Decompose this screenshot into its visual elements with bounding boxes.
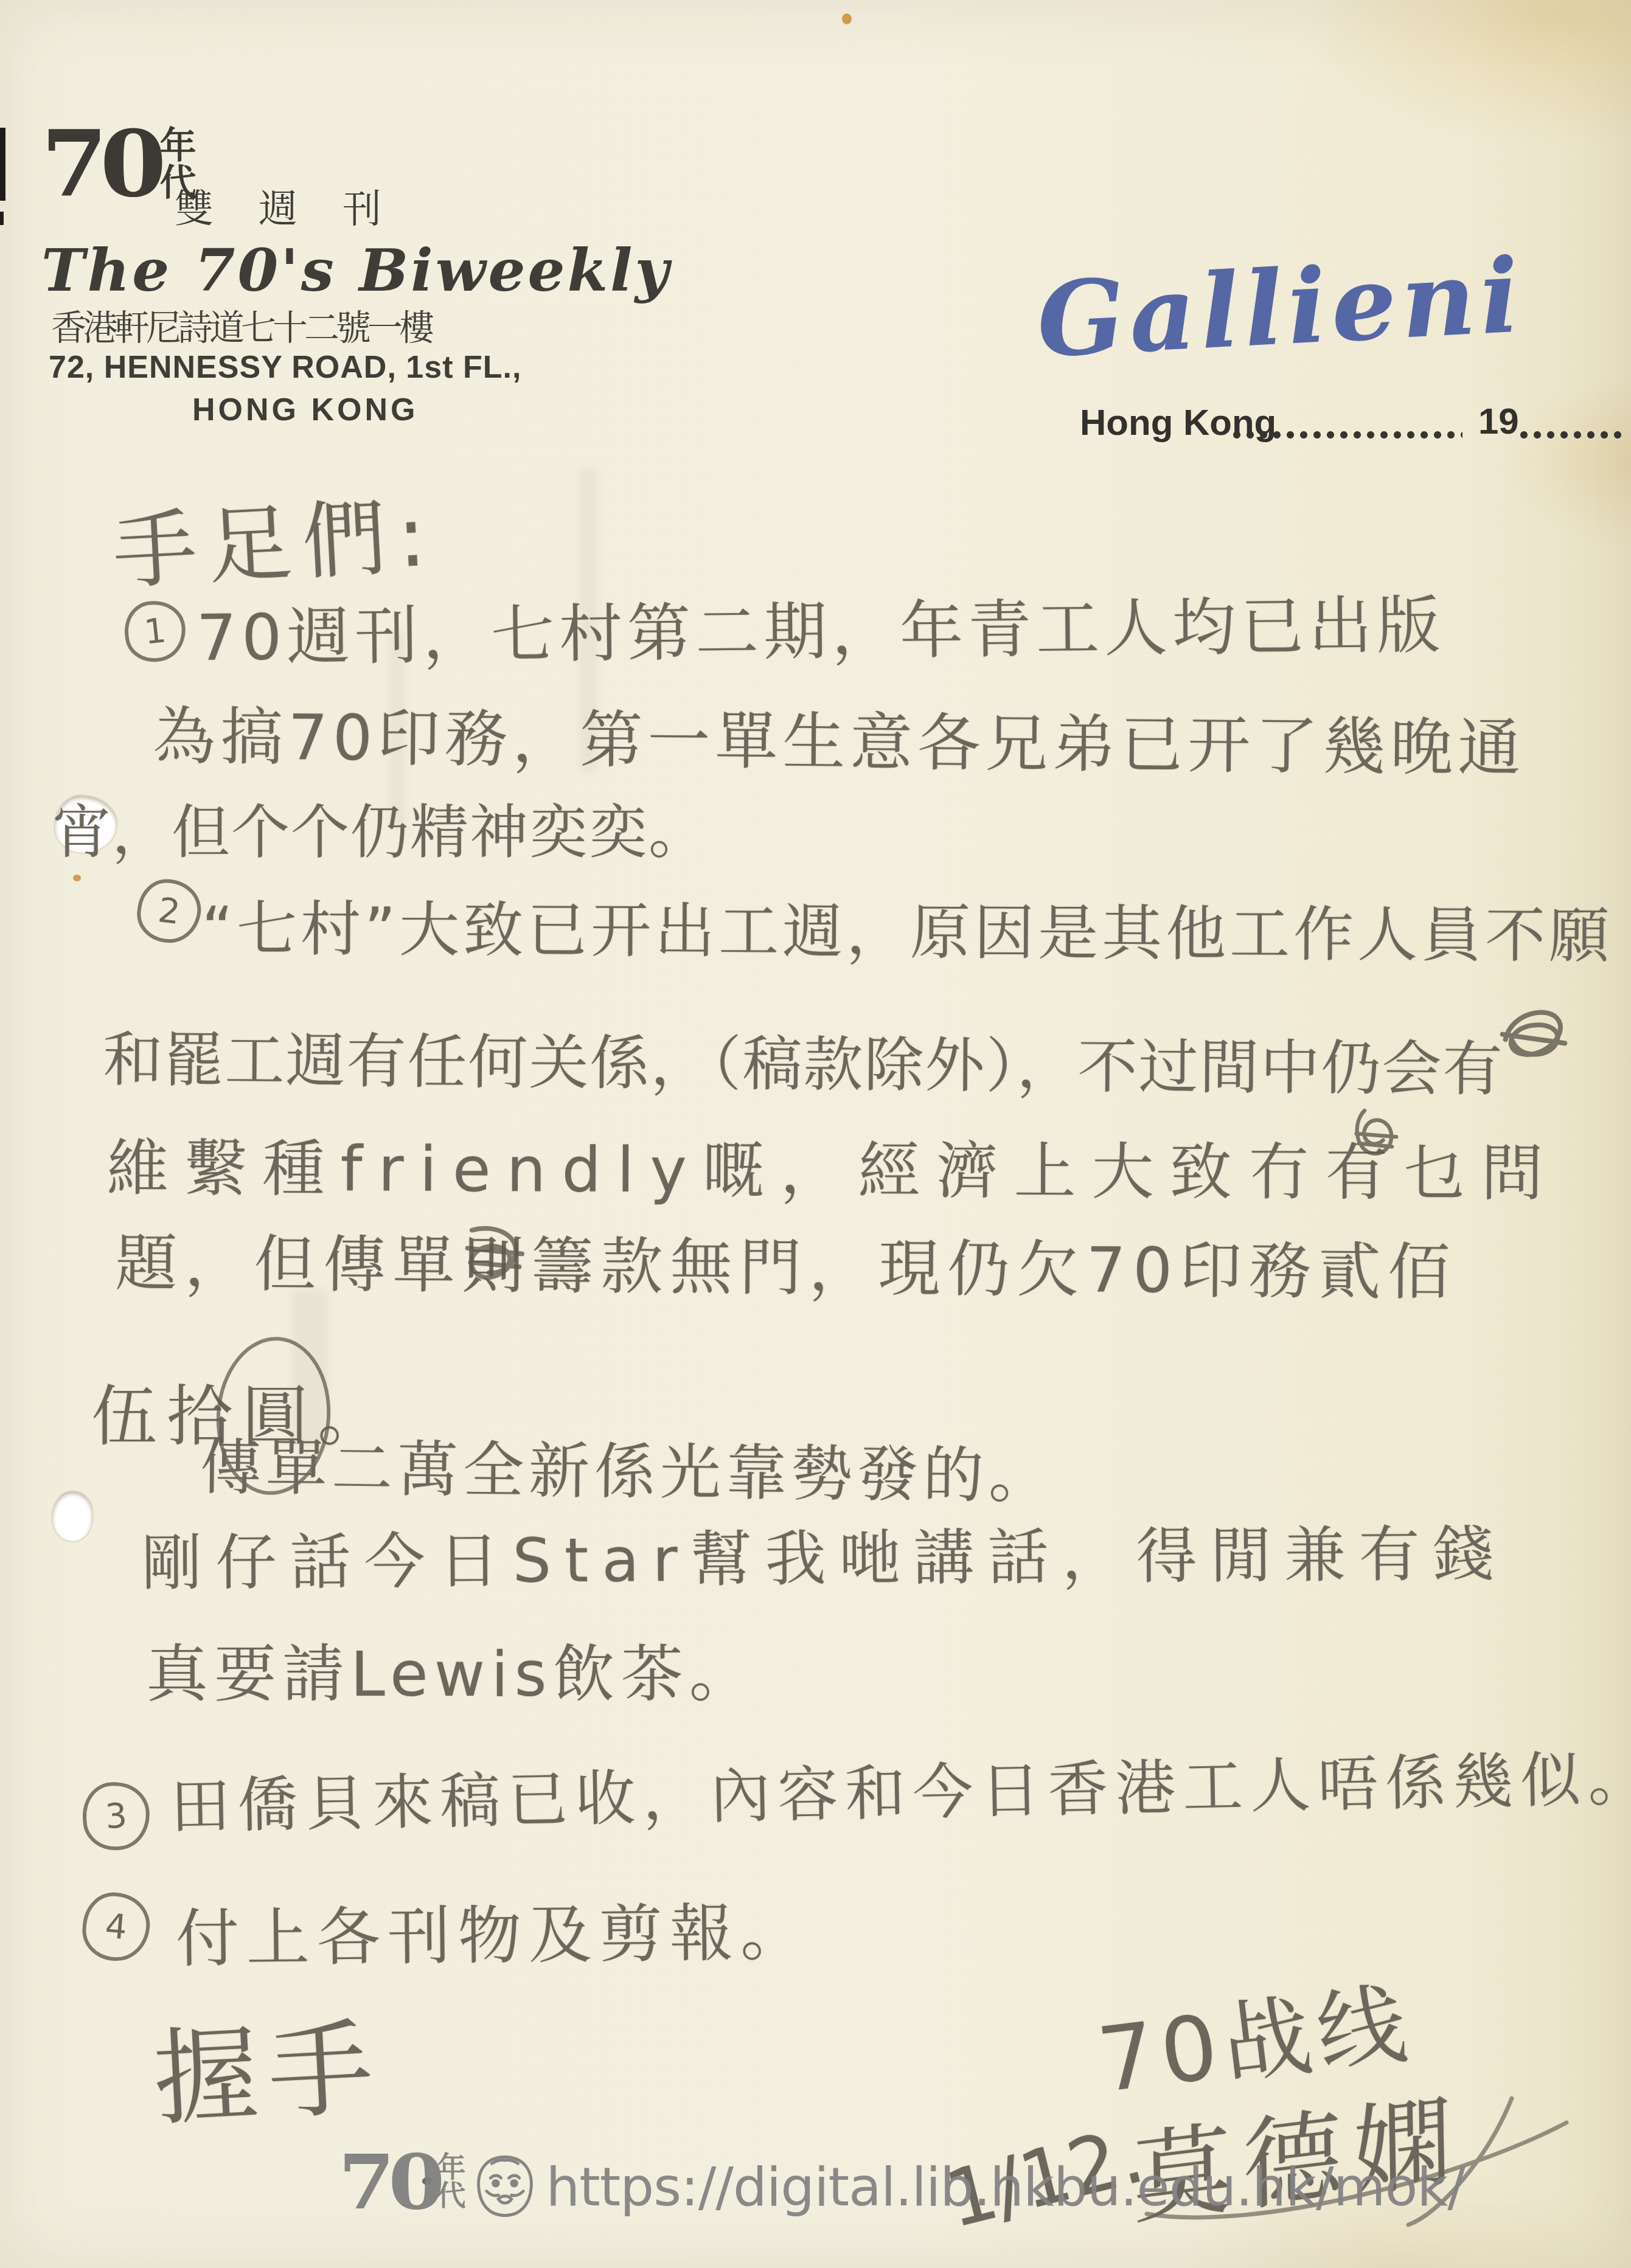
- dateline-dotted-rule: [1233, 431, 1462, 439]
- blue-ink-name-annotation: Gallieni: [1034, 235, 1527, 381]
- handwritten-line: 維繫種friendly嘅，經濟上大致冇有乜問: [106, 1119, 1559, 1213]
- letterhead-address-en: 72, HENNESSY ROAD, 1st FL.,: [49, 349, 521, 386]
- scan-edge-mark: [0, 212, 4, 225]
- item-number: 1: [142, 611, 168, 652]
- scanned-letter-page: 70 年 代 雙週刊 The 70's Biweekly 香港軒尼詩道七十二號一…: [0, 0, 1631, 2268]
- watermark-logo-char-top: 年: [437, 2153, 466, 2182]
- logo-numeral: 70: [41, 125, 159, 204]
- masthead-cjk: 雙週刊: [175, 178, 426, 234]
- paper-hole: [52, 1491, 92, 1541]
- digital-archive-watermark: 70 年 代 https://digital.lib.hkbu.edu.hk/m…: [342, 2152, 1465, 2222]
- item-number: 2: [156, 890, 182, 932]
- handwritten-line: 真要請Lewis飲茶。: [146, 1625, 757, 1714]
- stain-speck: [842, 13, 852, 24]
- handwritten-line: 傳單二萬全新係光靠勢發的。: [200, 1418, 1054, 1515]
- seventies-biweekly-logo: 70 年 代: [44, 125, 196, 204]
- watermark-url: https://digital.lib.hkbu.edu.hk/mok/: [546, 2155, 1465, 2218]
- dateline-dotted-rule: [1520, 431, 1624, 439]
- watermark-logo-cjk: 年 代: [437, 2153, 466, 2210]
- handwritten-line: 宵，但个个仍精神奕奕。: [52, 786, 708, 869]
- letterhead-address-city: HONG KONG: [192, 392, 418, 428]
- scan-edge-mark: [0, 128, 5, 201]
- circled-item-number: 2: [134, 876, 204, 946]
- masthead-en: The 70's Biweekly: [41, 236, 671, 305]
- handwritten-line: 70週刊，七村第二期，年青工人均已出版: [196, 574, 1445, 678]
- handwritten-line: “七村”大致已开出工週，原因是其他工作人員不願: [201, 881, 1613, 974]
- rust-speck: [73, 875, 81, 881]
- circled-item-number: 4: [80, 1890, 152, 1963]
- watermark-logo-char-bottom: 代: [437, 2182, 466, 2210]
- circled-item-number: 3: [80, 1780, 152, 1852]
- watermark-logo-numeral: 70: [338, 2152, 439, 2214]
- watermark-face-icon: [472, 2152, 538, 2222]
- item-number: 3: [104, 1795, 128, 1836]
- letter-closing: 握手: [150, 1984, 386, 2146]
- handwritten-line: 為搞70印務，第一單生意各兄弟已开了幾晚通: [153, 686, 1526, 788]
- handwritten-line: 剛仔話今日Star幫我哋講話，得閒兼有錢: [141, 1505, 1508, 1602]
- letterhead-address-cjk: 香港軒尼詩道七十二號一樓: [51, 299, 431, 350]
- dateline-year-prefix: 19: [1478, 400, 1519, 442]
- handwritten-line: 付上各刊物及剪報。: [175, 1881, 812, 1979]
- scribbled-out-character: [1497, 997, 1571, 1074]
- handwritten-line: 題，但傳單則籌款無門，現仍欠70印務貳佰: [115, 1214, 1458, 1312]
- scribbled-out-character: [1348, 1098, 1403, 1167]
- logo-char-top: 年: [160, 128, 196, 165]
- handwritten-line: 和罷工週有任何关係，（稿款除外），不过間中仍会有: [103, 1012, 1504, 1108]
- handwritten-line: 田僑貝來稿已收，內容和今日香港工人唔係幾似。: [169, 1730, 1631, 1845]
- item-number: 4: [103, 1906, 128, 1947]
- circled-item-number: 1: [122, 598, 189, 665]
- scribbled-out-character: [457, 1218, 529, 1293]
